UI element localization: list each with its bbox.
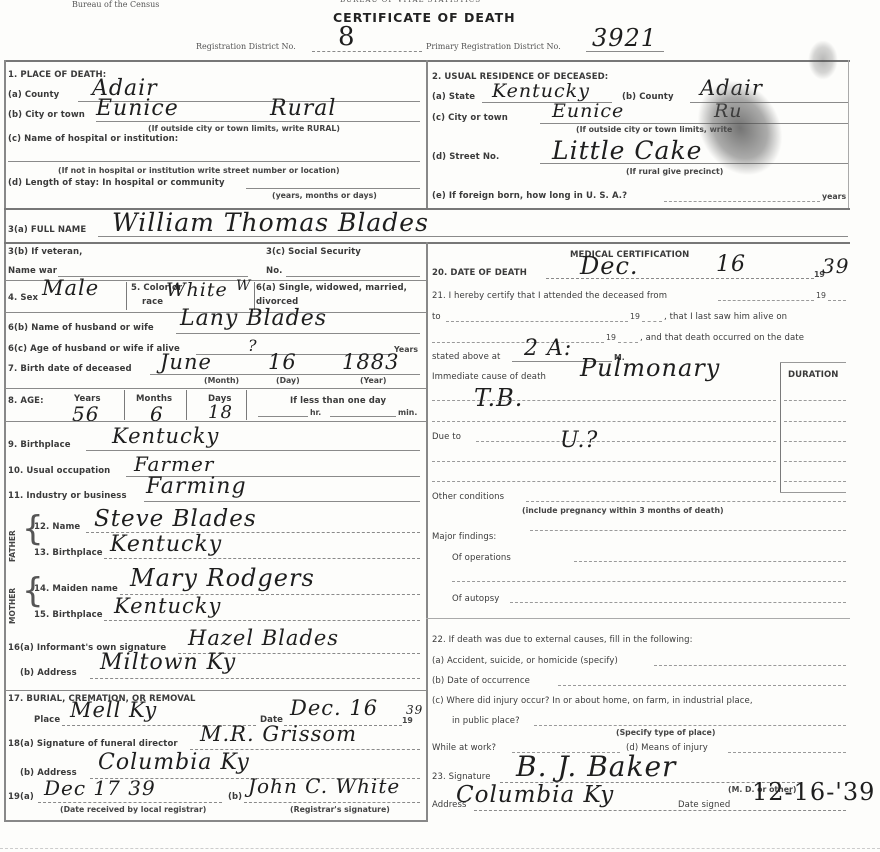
bureau-vital-statistics: BUREAU OF VITAL STATISTICS xyxy=(340,0,481,4)
mother-name-label: 14. Maiden name xyxy=(34,584,118,594)
certifier-address-value[interactable]: Columbia Ky xyxy=(456,782,614,808)
age-months[interactable]: 6 xyxy=(150,402,164,426)
due-to-value[interactable]: U.? xyxy=(560,428,598,453)
ss-label: 3(c) Social Security xyxy=(266,247,361,257)
occupation-value[interactable]: Farmer xyxy=(134,452,214,476)
fullname-value[interactable]: William Thomas Blades xyxy=(112,208,429,237)
res-state-label: (a) State xyxy=(432,92,475,102)
reg-district-label: Registration District No. xyxy=(196,42,296,51)
res-city-label: (c) City or town xyxy=(432,113,508,123)
mother-birthplace-label: 15. Birthplace xyxy=(34,610,103,620)
date-occurrence-label: (b) Date of occurrence xyxy=(432,676,530,686)
dod-label: 20. DATE OF DEATH xyxy=(432,268,527,278)
fullname-label: 3(a) FULL NAME xyxy=(8,225,86,235)
industry-value[interactable]: Farming xyxy=(146,474,247,499)
director-address-value[interactable]: Columbia Ky xyxy=(98,750,250,775)
veteran-label: 3(b) If veteran, xyxy=(8,247,83,257)
stay-note: (years, months or days) xyxy=(272,191,377,200)
marital-label: 6(a) Single, widowed, married, xyxy=(256,283,407,293)
burial-place-value[interactable]: Mell Ky xyxy=(70,698,157,722)
while-at-work-label: While at work? xyxy=(432,743,496,753)
sex-value[interactable]: Male xyxy=(42,276,99,300)
sex-label: 4. Sex xyxy=(8,293,38,303)
less-day-label: If less than one day xyxy=(290,396,386,406)
date-signed-label: Date signed xyxy=(678,800,730,810)
operations-label: Of operations xyxy=(452,553,511,563)
min-label: min. xyxy=(398,408,417,417)
dod-year[interactable]: 39 xyxy=(822,254,849,278)
cause-value[interactable]: Pulmonary xyxy=(580,354,720,382)
age-days[interactable]: 18 xyxy=(208,402,233,423)
race-label: race xyxy=(142,297,163,307)
mother-tag: MOTHER xyxy=(8,588,17,624)
registrar-sig-value[interactable]: John C. White xyxy=(248,774,400,798)
spouse-value[interactable]: Lany Blades xyxy=(180,306,327,331)
due-to-label: Due to xyxy=(432,432,461,442)
burial-date-value[interactable]: Dec. 16 xyxy=(290,696,378,720)
certify-last-saw: , that I last saw him alive on xyxy=(664,312,787,322)
certifier-sig-label: 23. Signature xyxy=(432,772,491,782)
informant-address-value[interactable]: Miltown Ky xyxy=(100,650,236,675)
burial-year-value[interactable]: 39 xyxy=(406,703,423,717)
mother-birthplace-value[interactable]: Kentucky xyxy=(114,594,221,618)
foreign-suffix: years xyxy=(822,192,846,201)
certify-19b: 19 xyxy=(630,312,640,321)
father-name-label: 12. Name xyxy=(34,522,80,532)
funeral-director-label: 18(a) Signature of funeral director xyxy=(8,739,178,749)
spouse-age-value[interactable]: ? xyxy=(248,336,258,355)
dod-month[interactable]: Dec. xyxy=(580,252,639,280)
other-conditions-note: (include pregnancy within 3 months of de… xyxy=(522,506,724,515)
reg-district-value: 8 xyxy=(338,22,356,52)
where-label-2: in public place? xyxy=(452,716,520,726)
cause-label: Immediate cause of death xyxy=(432,372,546,382)
birthplace-label: 9. Birthplace xyxy=(8,440,71,450)
informant-sig-value[interactable]: Hazel Blades xyxy=(188,626,339,650)
res-street-value[interactable]: Little Cake xyxy=(552,136,702,165)
where-note: (Specify type of place) xyxy=(616,728,715,737)
birthplace-value[interactable]: Kentucky xyxy=(112,424,219,448)
where-label: (c) Where did injury occur? In or about … xyxy=(432,696,753,706)
birth-year[interactable]: 1883 xyxy=(342,350,399,374)
funeral-director-value[interactable]: M.R. Grissom xyxy=(200,722,357,746)
death-city-label: (b) City or town xyxy=(8,110,85,120)
certify-line-1: 21. I hereby certify that I attended the… xyxy=(432,291,667,301)
primary-reg-value: 3921 xyxy=(592,24,657,52)
father-tag: FATHER xyxy=(8,530,17,562)
war-label: Name war xyxy=(8,266,57,276)
date-signed-value[interactable]: 12-16-'39 xyxy=(752,778,875,806)
foreign-label: (e) If foreign born, how long in U. S. A… xyxy=(432,191,627,201)
race-value[interactable]: White xyxy=(166,279,228,301)
autopsy-label: Of autopsy xyxy=(452,594,499,604)
certify-to: to xyxy=(432,312,441,322)
age-years[interactable]: 56 xyxy=(72,402,99,426)
death-county-label: (a) County xyxy=(8,90,59,100)
res-city-value[interactable]: Eunice xyxy=(552,100,624,122)
accident-label: (a) Accident, suicide, or homicide (spec… xyxy=(432,656,618,666)
day-note: (Day) xyxy=(276,376,300,385)
certify-19c: 19 xyxy=(606,333,616,342)
res-state-value[interactable]: Kentucky xyxy=(492,80,590,102)
certify-occurred: , and that death occurred on the date xyxy=(640,333,804,343)
birth-day[interactable]: 16 xyxy=(268,350,297,374)
occupation-label: 10. Usual occupation xyxy=(8,466,110,476)
bureau-census: Bureau of the Census xyxy=(72,0,159,9)
father-name-value[interactable]: Steve Blades xyxy=(94,506,257,532)
registrar-date-value[interactable]: Dec 17 39 xyxy=(44,776,156,800)
stated-label: stated above at xyxy=(432,352,500,362)
primary-reg-label: Primary Registration District No. xyxy=(426,42,561,51)
death-city-value[interactable]: Eunice xyxy=(96,96,179,121)
marital-value[interactable]: W xyxy=(236,278,251,294)
death-city-rural[interactable]: Rural xyxy=(270,96,336,121)
death-city-note: (If outside city or town limits, write R… xyxy=(148,124,340,133)
ss-no-label: No. xyxy=(266,266,282,276)
birth-label: 7. Birth date of deceased xyxy=(8,364,132,374)
ink-smudge xyxy=(808,40,838,80)
hospital-label: (c) Name of hospital or institution: xyxy=(8,134,178,144)
certifier-sig-value[interactable]: B. J. Baker xyxy=(516,750,676,783)
birth-month[interactable]: June xyxy=(160,350,212,374)
findings-label: Major findings: xyxy=(432,532,496,542)
res-county-label: (b) County xyxy=(622,92,674,102)
spouse-label: 6(b) Name of husband or wife xyxy=(8,323,154,333)
year-note: (Year) xyxy=(360,376,386,385)
registrar-date-note: (Date received by local registrar) xyxy=(60,805,206,814)
industry-label: 11. Industry or business xyxy=(8,491,127,501)
father-birthplace-value[interactable]: Kentucky xyxy=(110,532,222,557)
burial-place-label: Place xyxy=(34,715,60,725)
stated-value[interactable]: 2 A: xyxy=(524,336,572,361)
other-conditions-label: Other conditions xyxy=(432,492,504,502)
duration-label: DURATION xyxy=(788,370,839,380)
father-birthplace-label: 13. Birthplace xyxy=(34,548,103,558)
cause-value-2[interactable]: T.B. xyxy=(474,384,523,412)
registrar-sig-label: (b) xyxy=(228,792,242,802)
mother-name-value[interactable]: Mary Rodgers xyxy=(130,564,315,592)
spouse-age-label: 6(c) Age of husband or wife if alive xyxy=(8,344,180,354)
age-label: 8. AGE: xyxy=(8,396,44,406)
month-note: (Month) xyxy=(204,376,239,385)
dod-day[interactable]: 16 xyxy=(716,252,746,277)
registrar-sig-note: (Registrar's signature) xyxy=(290,805,390,814)
burial-year-prefix: 19 xyxy=(402,716,413,725)
registrar-date-label: 19(a) xyxy=(8,792,34,802)
hospital-note: (If not in hospital or institution write… xyxy=(58,166,340,175)
certify-19a: 19 xyxy=(816,291,826,300)
informant-address-label: (b) Address xyxy=(20,668,77,678)
stay-label: (d) Length of stay: In hospital or commu… xyxy=(8,178,225,188)
res-street-label: (d) Street No. xyxy=(432,152,499,162)
certificate-title: CERTIFICATE OF DEATH xyxy=(333,10,516,25)
hr-label: hr. xyxy=(310,408,321,417)
external-heading: 22. If death was due to external causes,… xyxy=(432,635,693,645)
res-street-note: (If rural give precinct) xyxy=(626,167,723,176)
